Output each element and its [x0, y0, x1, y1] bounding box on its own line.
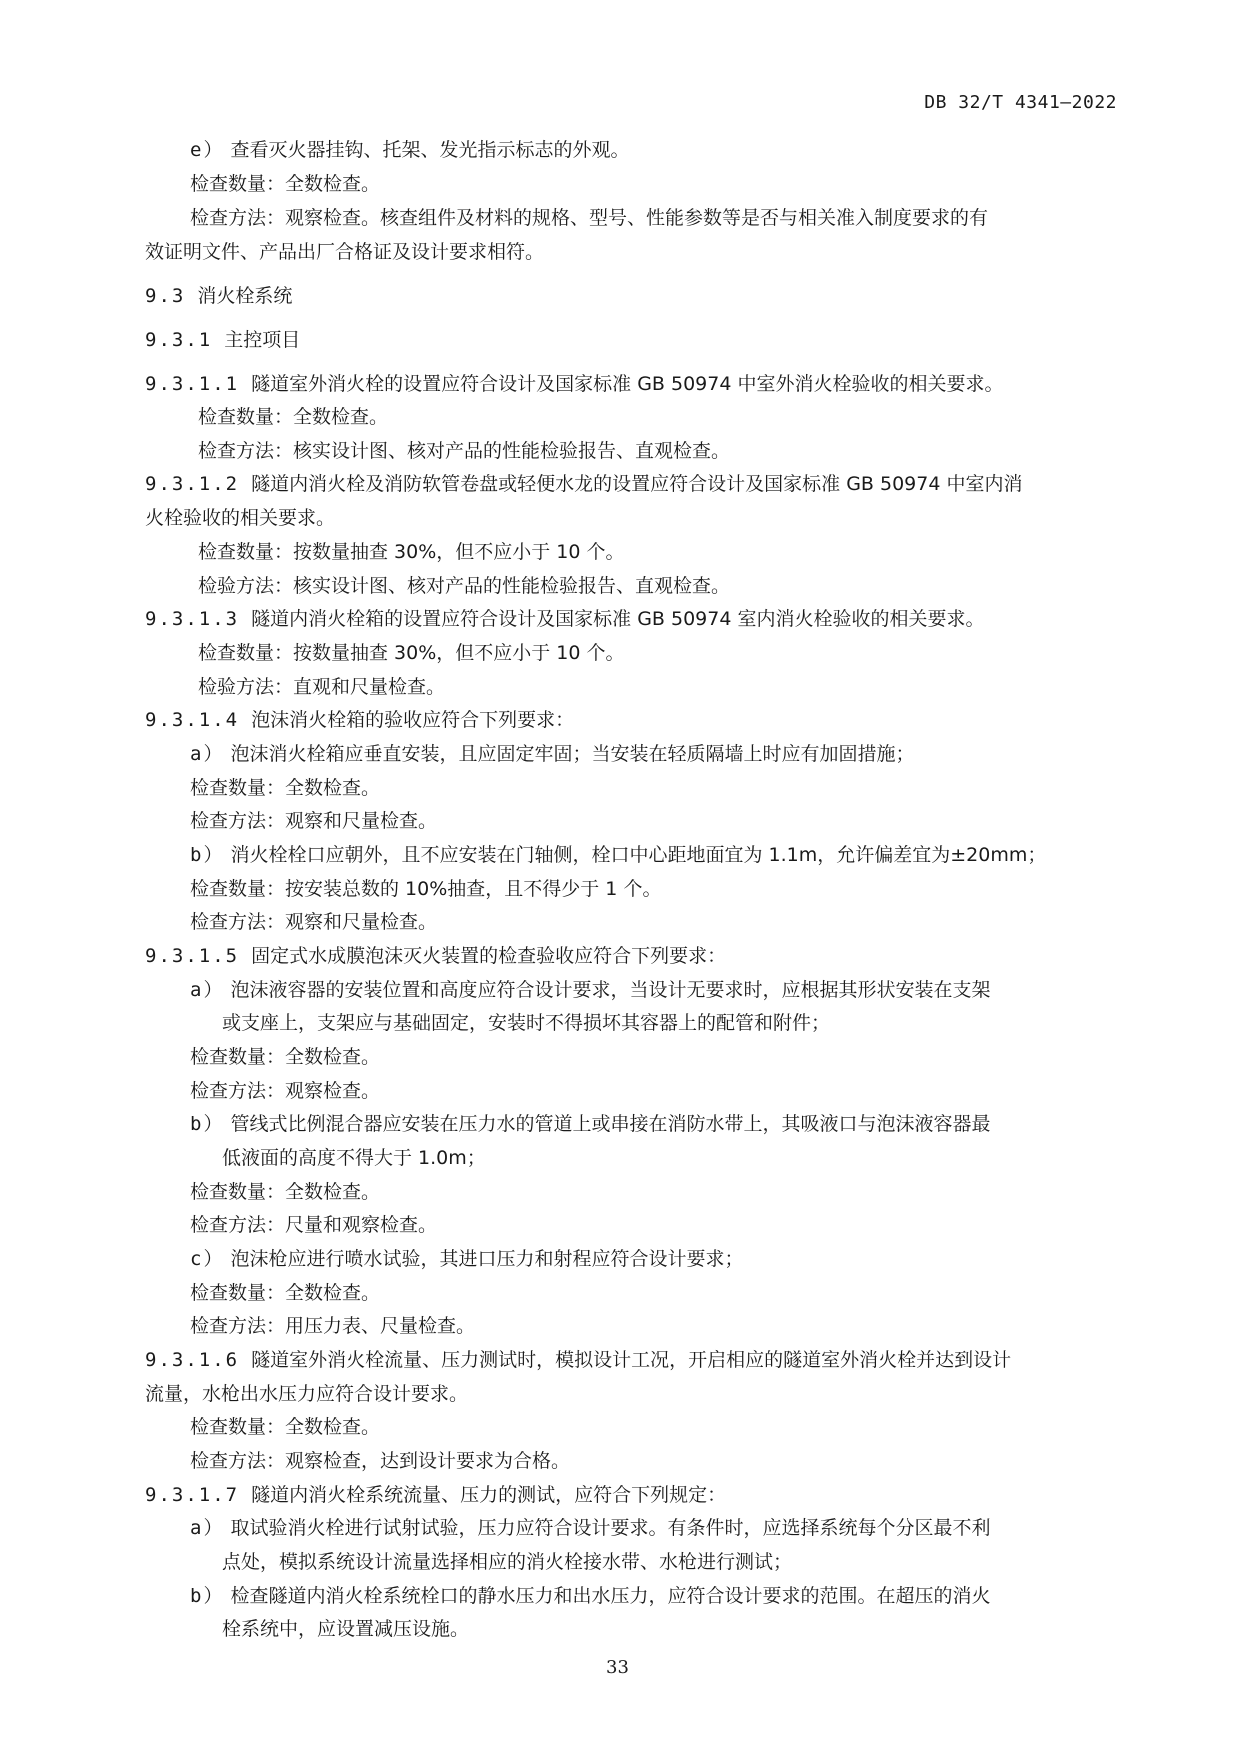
line-text: 取试验消火栓进行试射试验，压力应符合设计要求。有条件时，应选择系统每个分区最不利 — [224, 1517, 990, 1539]
text-line: 检查数量：全数检查。 — [190, 1279, 380, 1307]
clause-number: 9.3.1.7 — [145, 1484, 239, 1506]
text-line: 栓系统中，应设置减压设施。 — [222, 1615, 469, 1643]
clause-line: 9.3.1.4 泡沫消火栓箱的验收应符合下列要求： — [145, 706, 574, 734]
clause-number: 9.3.1.5 — [145, 945, 239, 967]
clause-line: 9.3.1.2 隧道内消火栓及消防软管卷盘或轻便水龙的设置应符合设计及国家标准 … — [145, 470, 1022, 498]
line-text: 检查数量：按数量抽查 30%，但不应小于 10 个。 — [198, 642, 625, 664]
clause-line: c） 泡沫枪应进行喷水试验，其进口压力和射程应符合设计要求； — [190, 1245, 744, 1273]
line-text: 检查数量：按数量抽查 30%，但不应小于 10 个。 — [198, 541, 625, 563]
line-text: 检查方法：用压力表、尺量检查。 — [190, 1315, 475, 1337]
clause-line: 9.3.1.7 隧道内消火栓系统流量、压力的测试，应符合下列规定： — [145, 1481, 726, 1509]
line-text: 检查数量：全数检查。 — [190, 777, 380, 799]
clause-number: a） — [190, 743, 224, 765]
clause-number: a） — [190, 1517, 224, 1539]
clause-number: c） — [190, 1248, 224, 1270]
line-text: 检查方法：观察和尺量检查。 — [190, 911, 437, 933]
clause-number: e） — [190, 139, 224, 161]
line-text: 低液面的高度不得大于 1.0m； — [222, 1147, 486, 1169]
line-text: 检查数量：全数检查。 — [190, 1282, 380, 1304]
clause-line: 9.3.1.5 固定式水成膜泡沫灭火装置的检查验收应符合下列要求： — [145, 942, 726, 970]
text-line: 低液面的高度不得大于 1.0m； — [222, 1144, 486, 1172]
text-line: 或支座上，支架应与基础固定，安装时不得损坏其容器上的配管和附件； — [222, 1009, 830, 1037]
line-text: 检查数量：全数检查。 — [198, 406, 388, 428]
line-text: 检查数量：全数检查。 — [190, 1416, 380, 1438]
line-text: 检查隧道内消火栓系统栓口的静水压力和出水压力，应符合设计要求的范围。在超压的消火 — [224, 1585, 990, 1607]
text-line: 检查方法：观察检查，达到设计要求为合格。 — [190, 1447, 570, 1475]
line-text: 效证明文件、产品出厂合格证及设计要求相符。 — [145, 241, 544, 263]
text-line: 检验方法：直观和尺量检查。 — [198, 673, 445, 701]
text-line: 检查方法：核实设计图、核对产品的性能检验报告、直观检查。 — [198, 437, 730, 465]
document-page: DB 32/T 4341—2022 e） 查看灭火器挂钩、托架、发光指示标志的外… — [0, 0, 1235, 1749]
text-line: 检查方法：观察和尺量检查。 — [190, 807, 437, 835]
text-line: 检查数量：按数量抽查 30%，但不应小于 10 个。 — [198, 639, 625, 667]
text-line: 效证明文件、产品出厂合格证及设计要求相符。 — [145, 238, 544, 266]
clause-line: b） 消火栓栓口应朝外，且不应安装在门轴侧，栓口中心距地面宜为 1.1m，允许偏… — [190, 841, 1046, 869]
line-text: 消火栓系统 — [185, 285, 292, 307]
line-text: 固定式水成膜泡沫灭火装置的检查验收应符合下列要求： — [239, 945, 726, 967]
text-line: 火栓验收的相关要求。 — [145, 504, 335, 532]
line-text: 检查方法：观察和尺量检查。 — [190, 810, 437, 832]
text-line: 检验方法：核实设计图、核对产品的性能检验报告、直观检查。 — [198, 572, 730, 600]
line-text: 查看灭火器挂钩、托架、发光指示标志的外观。 — [224, 139, 629, 161]
text-line: 点处，模拟系统设计流量选择相应的消火栓接水带、水枪进行测试； — [222, 1548, 792, 1576]
clause-line: a） 泡沫消火栓箱应垂直安装，且应固定牢固；当安装在轻质隔墙上时应有加固措施； — [190, 740, 915, 768]
line-text: 火栓验收的相关要求。 — [145, 507, 335, 529]
line-text: 点处，模拟系统设计流量选择相应的消火栓接水带、水枪进行测试； — [222, 1551, 792, 1573]
line-text: 检验方法：直观和尺量检查。 — [198, 676, 445, 698]
line-text: 检查方法：尺量和观察检查。 — [190, 1214, 437, 1236]
clause-number: 9.3.1.3 — [145, 608, 239, 630]
line-text: 栓系统中，应设置减压设施。 — [222, 1618, 469, 1640]
line-text: 检查方法：观察检查。核查组件及材料的规格、型号、性能参数等是否与相关准入制度要求… — [190, 207, 988, 229]
line-text: 泡沫枪应进行喷水试验，其进口压力和射程应符合设计要求； — [224, 1248, 743, 1270]
clause-number: a） — [190, 979, 224, 1001]
text-line: 检查数量：全数检查。 — [198, 403, 388, 431]
line-text: 泡沫消火栓箱应垂直安装，且应固定牢固；当安装在轻质隔墙上时应有加固措施； — [224, 743, 914, 765]
line-text: 检查数量：全数检查。 — [190, 1181, 380, 1203]
line-text: 检查方法：核实设计图、核对产品的性能检验报告、直观检查。 — [198, 440, 730, 462]
text-line: 检查数量：按安装总数的 10%抽查，且不得少于 1 个。 — [190, 875, 661, 903]
line-text: 泡沫液容器的安装位置和高度应符合设计要求，当设计无要求时，应根据其形状安装在支架 — [224, 979, 990, 1001]
text-line: 检查数量：全数检查。 — [190, 1043, 380, 1071]
text-line: 检查数量：按数量抽查 30%，但不应小于 10 个。 — [198, 538, 625, 566]
line-text: 检查数量：全数检查。 — [190, 1046, 380, 1068]
text-line: 检查方法：用压力表、尺量检查。 — [190, 1312, 475, 1340]
clause-number: 9.3.1.2 — [145, 473, 239, 495]
clause-line: 9.3 消火栓系统 — [145, 282, 292, 310]
text-line: 检查方法：观察和尺量检查。 — [190, 908, 437, 936]
clause-number: 9.3.1.1 — [145, 373, 239, 395]
text-line: 检查方法：观察检查。核查组件及材料的规格、型号、性能参数等是否与相关准入制度要求… — [190, 204, 988, 232]
clause-number: 9.3 — [145, 285, 185, 307]
clause-line: 9.3.1.3 隧道内消火栓箱的设置应符合设计及国家标准 GB 50974 室内… — [145, 605, 984, 633]
line-text: 检查方法：观察检查，达到设计要求为合格。 — [190, 1450, 570, 1472]
clause-number: b） — [190, 1585, 224, 1607]
clause-number: 9.3.1 — [145, 329, 212, 351]
line-text: 检查数量：全数检查。 — [190, 173, 380, 195]
line-text: 检查方法：观察检查。 — [190, 1080, 380, 1102]
line-text: 隧道室外消火栓的设置应符合设计及国家标准 GB 50974 中室外消火栓验收的相… — [239, 373, 1003, 395]
line-text: 流量，水枪出水压力应符合设计要求。 — [145, 1383, 468, 1405]
line-text: 隧道内消火栓及消防软管卷盘或轻便水龙的设置应符合设计及国家标准 GB 50974… — [239, 473, 1022, 495]
line-text: 或支座上，支架应与基础固定，安装时不得损坏其容器上的配管和附件； — [222, 1012, 830, 1034]
clause-number: 9.3.1.6 — [145, 1349, 239, 1371]
line-text: 检验方法：核实设计图、核对产品的性能检验报告、直观检查。 — [198, 575, 730, 597]
clause-line: a） 泡沫液容器的安装位置和高度应符合设计要求，当设计无要求时，应根据其形状安装… — [190, 976, 991, 1004]
text-line: 检查数量：全数检查。 — [190, 774, 380, 802]
clause-line: b） 管线式比例混合器应安装在压力水的管道上或串接在消防水带上，其吸液口与泡沫液… — [190, 1110, 991, 1138]
page-number: 33 — [0, 1657, 1235, 1678]
clause-line: 9.3.1.1 隧道室外消火栓的设置应符合设计及国家标准 GB 50974 中室… — [145, 370, 1003, 398]
line-text: 检查数量：按安装总数的 10%抽查，且不得少于 1 个。 — [190, 878, 661, 900]
line-text: 主控项目 — [212, 329, 300, 351]
text-line: 流量，水枪出水压力应符合设计要求。 — [145, 1380, 468, 1408]
line-text: 泡沫消火栓箱的验收应符合下列要求： — [239, 709, 574, 731]
clause-line: 9.3.1 主控项目 — [145, 326, 300, 354]
clause-number: b） — [190, 1113, 224, 1135]
line-text: 管线式比例混合器应安装在压力水的管道上或串接在消防水带上，其吸液口与泡沫液容器最 — [224, 1113, 990, 1135]
line-text: 消火栓栓口应朝外，且不应安装在门轴侧，栓口中心距地面宜为 1.1m，允许偏差宜为… — [224, 844, 1046, 866]
clause-number: 9.3.1.4 — [145, 709, 239, 731]
clause-number: b） — [190, 844, 224, 866]
text-line: 检查数量：全数检查。 — [190, 170, 380, 198]
text-line: 检查方法：尺量和观察检查。 — [190, 1211, 437, 1239]
line-text: 隧道内消火栓箱的设置应符合设计及国家标准 GB 50974 室内消火栓验收的相关… — [239, 608, 984, 630]
text-line: 检查数量：全数检查。 — [190, 1178, 380, 1206]
clause-line: e） 查看灭火器挂钩、托架、发光指示标志的外观。 — [190, 136, 630, 164]
text-line: 检查数量：全数检查。 — [190, 1413, 380, 1441]
clause-line: 9.3.1.6 隧道室外消火栓流量、压力测试时，模拟设计工况，开启相应的隧道室外… — [145, 1346, 1011, 1374]
clause-line: b） 检查隧道内消火栓系统栓口的静水压力和出水压力，应符合设计要求的范围。在超压… — [190, 1582, 991, 1610]
line-text: 隧道内消火栓系统流量、压力的测试，应符合下列规定： — [239, 1484, 726, 1506]
clause-line: a） 取试验消火栓进行试射试验，压力应符合设计要求。有条件时，应选择系统每个分区… — [190, 1514, 991, 1542]
text-line: 检查方法：观察检查。 — [190, 1077, 380, 1105]
standard-code-header: DB 32/T 4341—2022 — [924, 92, 1117, 113]
line-text: 隧道室外消火栓流量、压力测试时，模拟设计工况，开启相应的隧道室外消火栓并达到设计 — [239, 1349, 1011, 1371]
